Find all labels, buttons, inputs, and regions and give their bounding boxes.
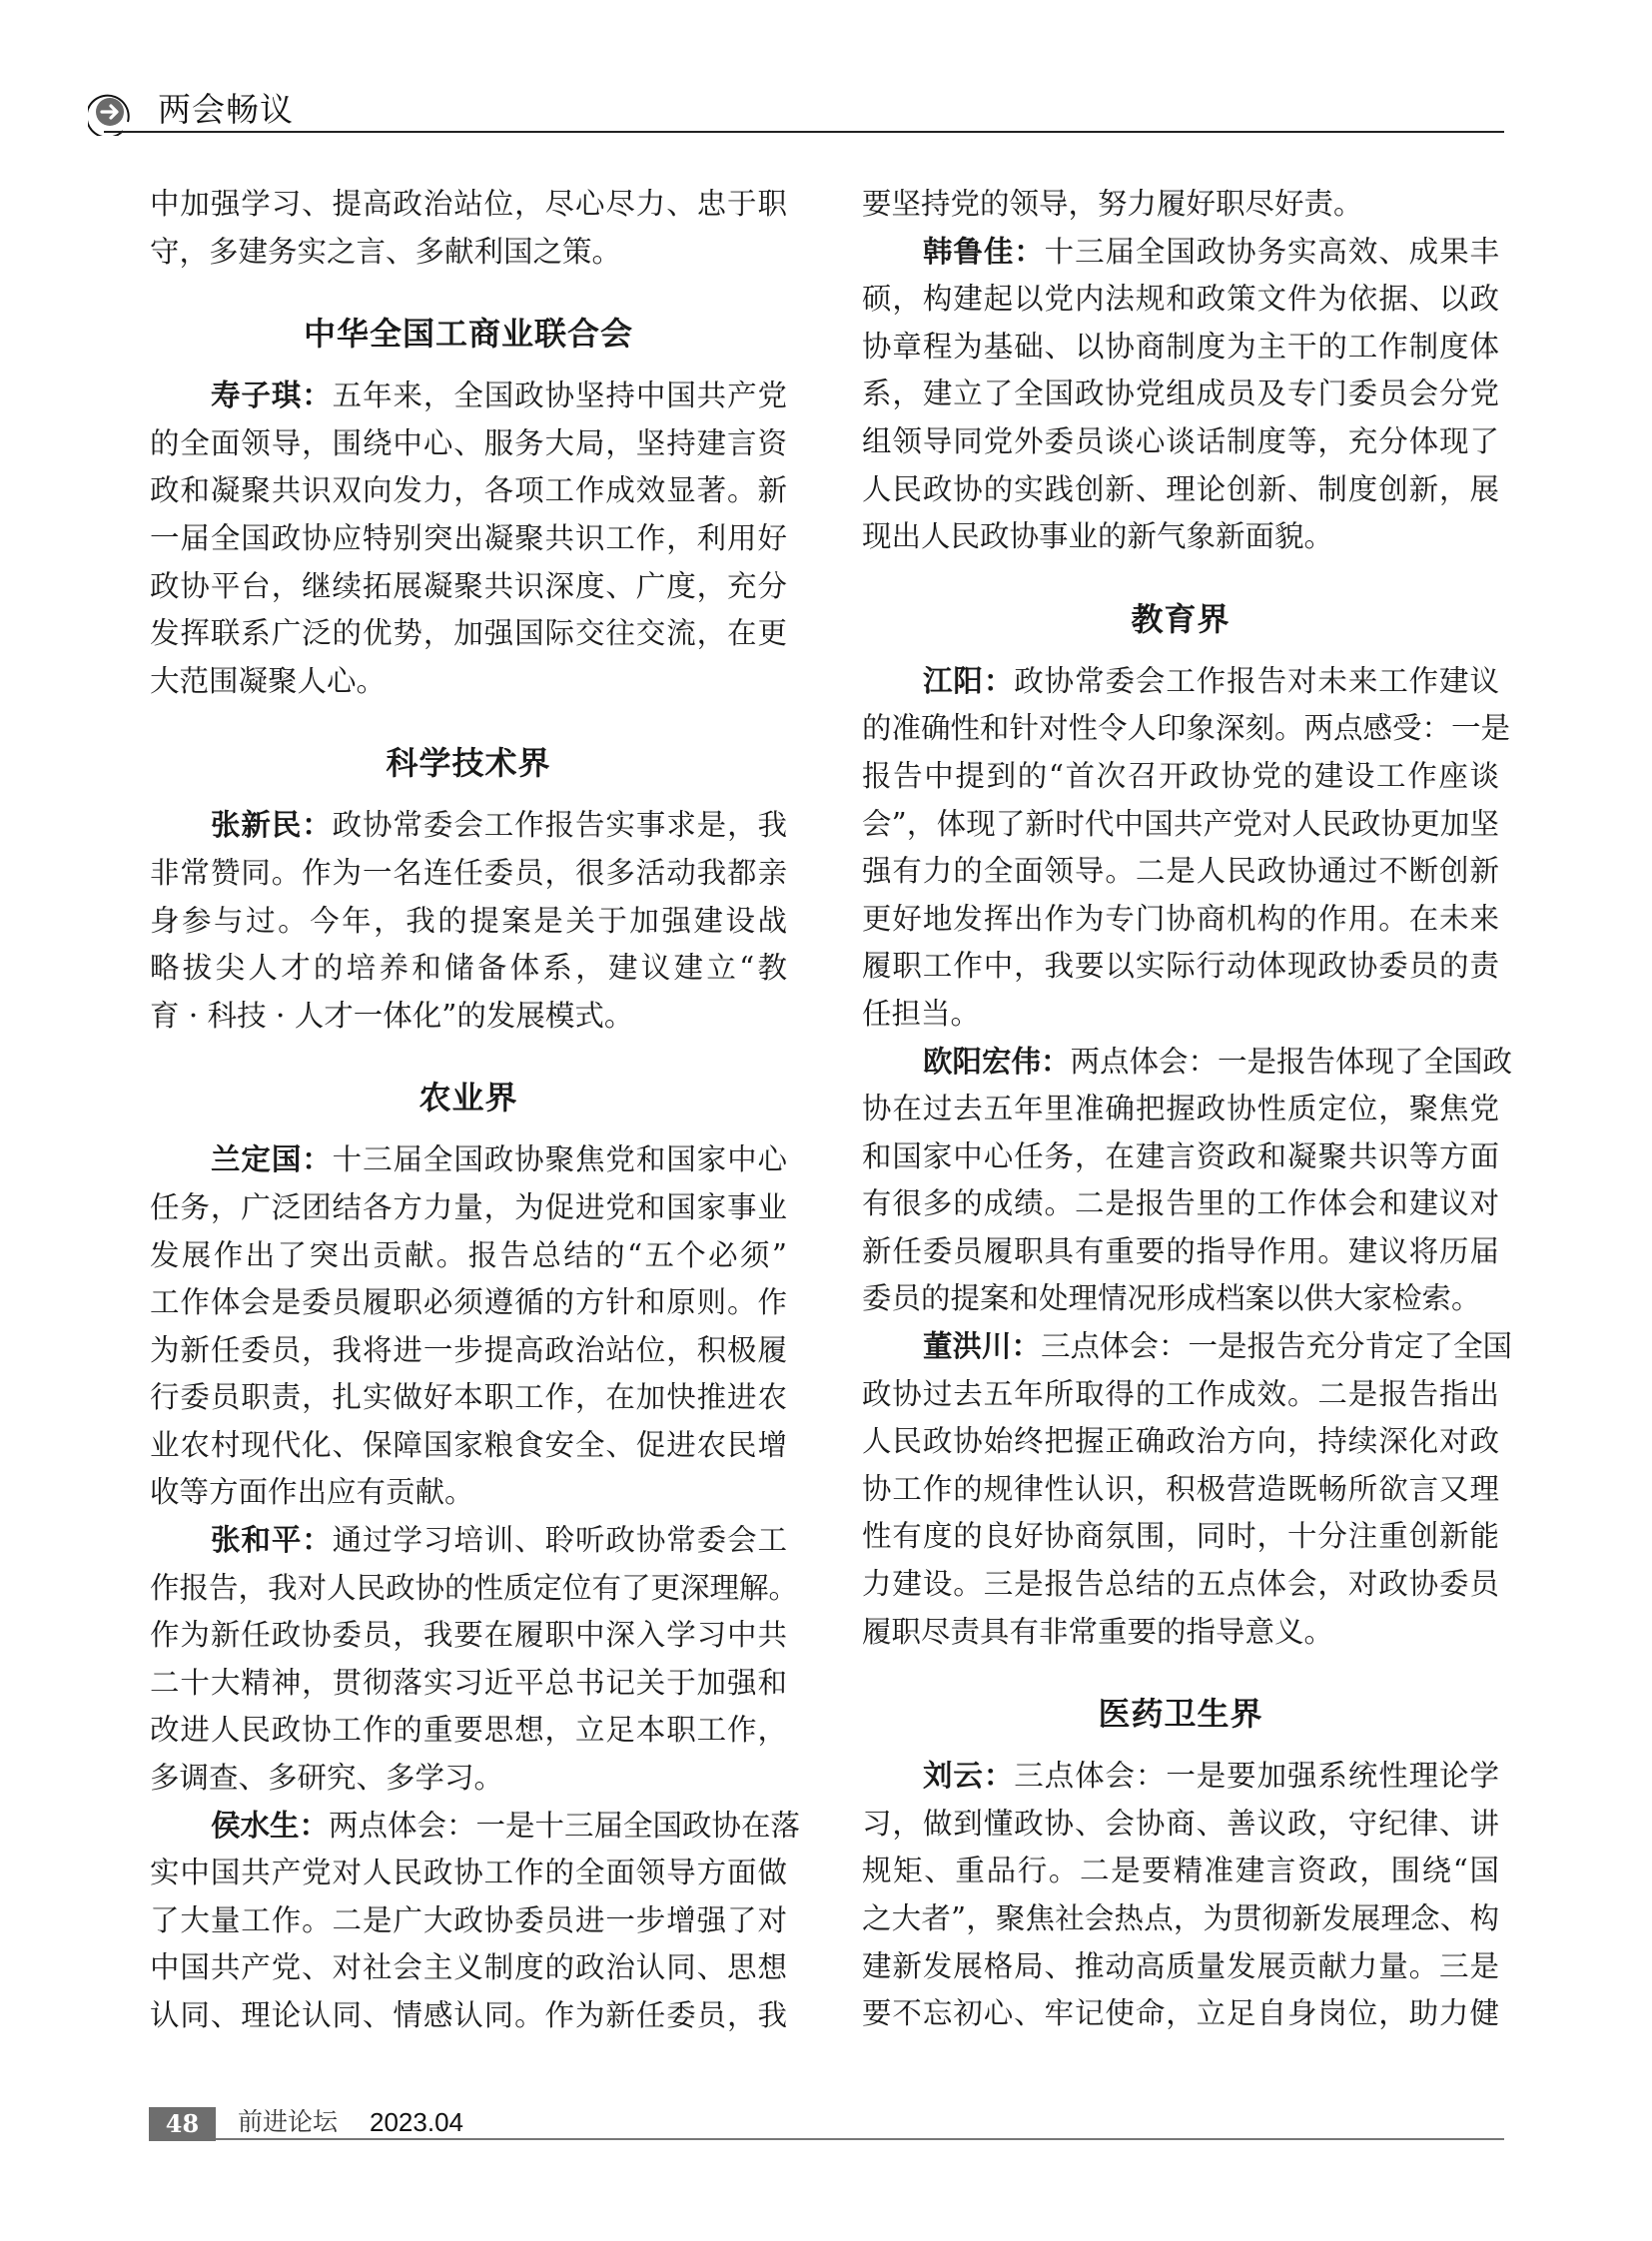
text-line: 江阳：政协常委会工作报告对未来工作建议 xyxy=(862,658,1499,706)
arrow-right-circle-icon xyxy=(88,90,132,134)
text-span: 五年来，全国政协坚持中国共产党 xyxy=(333,378,787,412)
text-line: 建新发展格局、推动高质量发展贡献力量。三是 xyxy=(862,1943,1499,1991)
text-line: 欧阳宏伟：两点体会：一是报告体现了全国政 xyxy=(862,1039,1499,1087)
text-line: 收等方面作出应有贡献。 xyxy=(150,1469,787,1517)
text-line: 有很多的成绩。二是报告里的工作体会和建议对 xyxy=(862,1180,1499,1228)
speaker-name: 董洪川： xyxy=(923,1329,1041,1363)
text-span: 两点体会：一是十三届全国政协在落 xyxy=(329,1809,800,1843)
text-line: 大范围凝聚人心。 xyxy=(150,658,787,706)
section-heading-text: 医药卫生界 xyxy=(862,1696,1499,1732)
paragraph: 张和平：通过学习培训、聆听政协常委会工 作报告，我对人民政协的性质定位有了更深理… xyxy=(150,1517,787,1803)
right-column: 要坚持党的领导，努力履好职尽好责。 韩鲁佳：十三届全国政协务实高效、成果丰 硕，… xyxy=(862,181,1499,2038)
speaker-name: 刘云： xyxy=(923,1759,1014,1793)
text-line: 的准确性和针对性令人印象深刻。两点感受：一是 xyxy=(862,705,1499,753)
paragraph: 董洪川：三点体会：一是报告充分肯定了全国 政协过去五年所取得的工作成效。二是报告… xyxy=(862,1323,1499,1656)
paragraph: 江阳：政协常委会工作报告对未来工作建议 的准确性和针对性令人印象深刻。两点感受：… xyxy=(862,658,1499,1039)
text-line: 韩鲁佳：十三届全国政协务实高效、成果丰 xyxy=(862,229,1499,277)
text-line: 规矩、重品行。二是要精准建言资政，围绕“国 xyxy=(862,1848,1499,1895)
text-line: 政和凝聚共识双向发力，各项工作成效显著。新 xyxy=(150,467,787,515)
page-number-badge: 48 xyxy=(149,2107,216,2141)
text-line: 协工作的规律性认识，积极营造既畅所欲言又理 xyxy=(862,1466,1499,1514)
speaker-name: 张和平： xyxy=(211,1523,333,1557)
text-line: 作为新任政协委员，我要在履职中深入学习中共 xyxy=(150,1612,787,1660)
text-line: 人民政协始终把握正确政治方向，持续深化对政 xyxy=(862,1418,1499,1466)
text-line: 一届全国政协应特别突出凝聚共识工作，利用好 xyxy=(150,515,787,563)
text-line: 任担当。 xyxy=(862,991,1499,1039)
speaker-name: 欧阳宏伟： xyxy=(923,1045,1071,1079)
text-span: 三点体会：一是报告充分肯定了全国 xyxy=(1041,1329,1512,1363)
text-line: 的全面领导，围绕中心、服务大局，坚持建言资 xyxy=(150,420,787,468)
paragraph: 中加强学习、提高政治站位，尽心尽力、忠于职 守，多建务实之言、多献利国之策。 xyxy=(150,181,787,276)
text-span: 十三届全国政协务实高效、成果丰 xyxy=(1045,235,1499,269)
section-heading: 中华全国工商业联合会 xyxy=(150,276,787,373)
text-line: 兰定国：十三届全国政协聚焦党和国家中心 xyxy=(150,1136,787,1184)
text-line: 发展作出了突出贡献。报告总结的“五个必须” xyxy=(150,1232,787,1280)
paragraph: 侯水生：两点体会：一是十三届全国政协在落 实中国共产党对人民政协工作的全面领导方… xyxy=(150,1803,787,2040)
speaker-name: 寿子琪： xyxy=(211,378,333,412)
text-line: 报告中提到的“首次召开政协党的建设工作座谈 xyxy=(862,753,1499,801)
text-line: 为新任委员，我将进一步提高政治站位，积极履 xyxy=(150,1327,787,1375)
text-line: 会”，体现了新时代中国共产党对人民政协更加坚 xyxy=(862,801,1499,849)
text-line: 要不忘初心、牢记使命，立足自身岗位，助力健 xyxy=(862,1990,1499,2038)
text-line: 履职尽责具有非常重要的指导意义。 xyxy=(862,1609,1499,1657)
text-line: 新任委员履职具有重要的指导作用。建议将历届 xyxy=(862,1228,1499,1276)
text-line: 非常赞同。作为一名连任委员，很多活动我都亲 xyxy=(150,850,787,898)
paragraph: 刘云：三点体会：一是要加强系统性理论学 习，做到懂政协、会协商、善议政，守纪律、… xyxy=(862,1753,1499,2038)
text-line: 要坚持党的领导，努力履好职尽好责。 xyxy=(862,181,1499,229)
text-line: 习，做到懂政协、会协商、善议政，守纪律、讲 xyxy=(862,1801,1499,1849)
section-title: 两会畅议 xyxy=(158,88,294,132)
paragraph: 兰定国：十三届全国政协聚焦党和国家中心 任务，广泛团结各方力量，为促进党和国家事… xyxy=(150,1136,787,1517)
text-line: 工作体会是委员履职必须遵循的方针和原则。作 xyxy=(150,1279,787,1327)
text-span: 通过学习培训、聆听政协常委会工 xyxy=(333,1523,787,1557)
text-line: 硕，构建起以党内法规和政策文件为依据、以政 xyxy=(862,276,1499,324)
text-line: 和国家中心任务，在建言资政和凝聚共识等方面 xyxy=(862,1133,1499,1181)
left-column: 中加强学习、提高政治站位，尽心尽力、忠于职 守，多建务实之言、多献利国之策。 中… xyxy=(150,181,787,2040)
text-line: 业农村现代化、保障国家粮食安全、促进农民增 xyxy=(150,1422,787,1470)
section-heading: 农业界 xyxy=(150,1040,787,1136)
text-line: 系，建立了全国政协党组成员及专门委员会分党 xyxy=(862,371,1499,418)
text-line: 力建设。三是报告总结的五点体会，对政协委员 xyxy=(862,1561,1499,1609)
text-line: 张新民：政协常委会工作报告实事求是，我 xyxy=(150,802,787,850)
paragraph: 寿子琪：五年来，全国政协坚持中国共产党 的全面领导，围绕中心、服务大局，坚持建言… xyxy=(150,373,787,705)
paragraph: 欧阳宏伟：两点体会：一是报告体现了全国政 协在过去五年里准确把握政协性质定位，聚… xyxy=(862,1039,1499,1324)
text-span: 政协常委会工作报告对未来工作建议 xyxy=(1014,664,1499,698)
text-line: 育 · 科技 · 人才一体化”的发展模式。 xyxy=(150,993,787,1041)
section-heading: 医药卫生界 xyxy=(862,1656,1499,1753)
text-line: 性有度的良好协商氛围，同时，十分注重创新能 xyxy=(862,1513,1499,1561)
text-line: 更好地发挥出作为专门协商机构的作用。在未来 xyxy=(862,896,1499,944)
text-line: 协章程为基础、以协商制度为主干的工作制度体 xyxy=(862,324,1499,372)
header-divider xyxy=(104,131,1504,133)
text-line: 中加强学习、提高政治站位，尽心尽力、忠于职 xyxy=(150,181,787,229)
text-line: 多调查、多研究、多学习。 xyxy=(150,1755,787,1803)
text-span: 三点体会：一是要加强系统性理论学 xyxy=(1014,1759,1499,1793)
text-line: 实中国共产党对人民政协工作的全面领导方面做 xyxy=(150,1850,787,1897)
text-line: 侯水生：两点体会：一是十三届全国政协在落 xyxy=(150,1803,787,1851)
text-line: 二十大精神，贯彻落实习近平总书记关于加强和 xyxy=(150,1660,787,1708)
text-line: 中国共产党、对社会主义制度的政治认同、思想 xyxy=(150,1944,787,1992)
text-line: 协在过去五年里准确把握政协性质定位，聚焦党 xyxy=(862,1086,1499,1133)
text-line: 政协过去五年所取得的工作成效。二是报告指出 xyxy=(862,1371,1499,1419)
speaker-name: 兰定国： xyxy=(211,1142,333,1176)
text-line: 发挥联系广泛的优势，加强国际交往交流，在更 xyxy=(150,610,787,658)
section-heading-text: 中华全国工商业联合会 xyxy=(150,316,787,352)
text-line: 现出人民政协事业的新气象新面貌。 xyxy=(862,513,1499,561)
paragraph: 韩鲁佳：十三届全国政协务实高效、成果丰 硕，构建起以党内法规和政策文件为依据、以… xyxy=(862,229,1499,561)
text-line: 改进人民政协工作的重要思想，立足本职工作， xyxy=(150,1707,787,1755)
text-line: 认同、理论认同、情感认同。作为新任委员，我 xyxy=(150,1992,787,2040)
footer-divider xyxy=(216,2138,1504,2140)
text-line: 任务，广泛团结各方力量，为促进党和国家事业 xyxy=(150,1184,787,1232)
speaker-name: 韩鲁佳： xyxy=(923,235,1045,269)
section-heading-text: 教育界 xyxy=(862,601,1499,637)
speaker-name: 侯水生： xyxy=(211,1809,329,1843)
text-line: 政协平台，继续拓展凝聚共识深度、广度，充分 xyxy=(150,563,787,611)
text-line: 委员的提案和处理情况形成档案以供大家检索。 xyxy=(862,1275,1499,1323)
text-line: 履职工作中，我要以实际行动体现政协委员的责 xyxy=(862,943,1499,991)
text-line: 身参与过。今年，我的提案是关于加强建设战 xyxy=(150,898,787,946)
section-heading-text: 科学技术界 xyxy=(150,745,787,781)
text-line: 刘云：三点体会：一是要加强系统性理论学 xyxy=(862,1753,1499,1801)
text-line: 了大量工作。二是广大政协委员进一步增强了对 xyxy=(150,1897,787,1945)
speaker-name: 江阳： xyxy=(923,664,1014,698)
issue-date: 2023.04 xyxy=(370,2105,463,2139)
text-line: 略拔尖人才的培养和储备体系，建议建立“教 xyxy=(150,945,787,993)
section-heading: 教育界 xyxy=(862,561,1499,658)
text-line: 人民政协的实践创新、理论创新、制度创新，展 xyxy=(862,466,1499,514)
paragraph: 要坚持党的领导，努力履好职尽好责。 xyxy=(862,181,1499,229)
section-heading: 科学技术界 xyxy=(150,705,787,802)
publication-name: 前进论坛 xyxy=(238,2105,338,2139)
text-line: 寿子琪：五年来，全国政协坚持中国共产党 xyxy=(150,373,787,420)
text-line: 行委员职责，扎实做好本职工作，在加快推进农 xyxy=(150,1374,787,1422)
text-line: 组领导同党外委员谈心谈话制度等，充分体现了 xyxy=(862,418,1499,466)
page-number: 48 xyxy=(149,2107,216,2141)
text-line: 作报告，我对人民政协的性质定位有了更深理解。 xyxy=(150,1565,787,1613)
text-line: 守，多建务实之言、多献利国之策。 xyxy=(150,229,787,277)
speaker-name: 张新民： xyxy=(211,808,333,842)
text-line: 之大者”，聚焦社会热点，为贯彻新发展理念、构 xyxy=(862,1895,1499,1943)
text-line: 董洪川：三点体会：一是报告充分肯定了全国 xyxy=(862,1323,1499,1371)
text-span: 政协常委会工作报告实事求是，我 xyxy=(333,808,787,842)
text-line: 强有力的全面领导。二是人民政协通过不断创新 xyxy=(862,848,1499,896)
text-line: 张和平：通过学习培训、聆听政协常委会工 xyxy=(150,1517,787,1565)
text-span: 十三届全国政协聚焦党和国家中心 xyxy=(333,1142,787,1176)
paragraph: 张新民：政协常委会工作报告实事求是，我 非常赞同。作为一名连任委员，很多活动我都… xyxy=(150,802,787,1040)
section-heading-text: 农业界 xyxy=(150,1080,787,1116)
text-span: 两点体会：一是报告体现了全国政 xyxy=(1071,1045,1513,1079)
